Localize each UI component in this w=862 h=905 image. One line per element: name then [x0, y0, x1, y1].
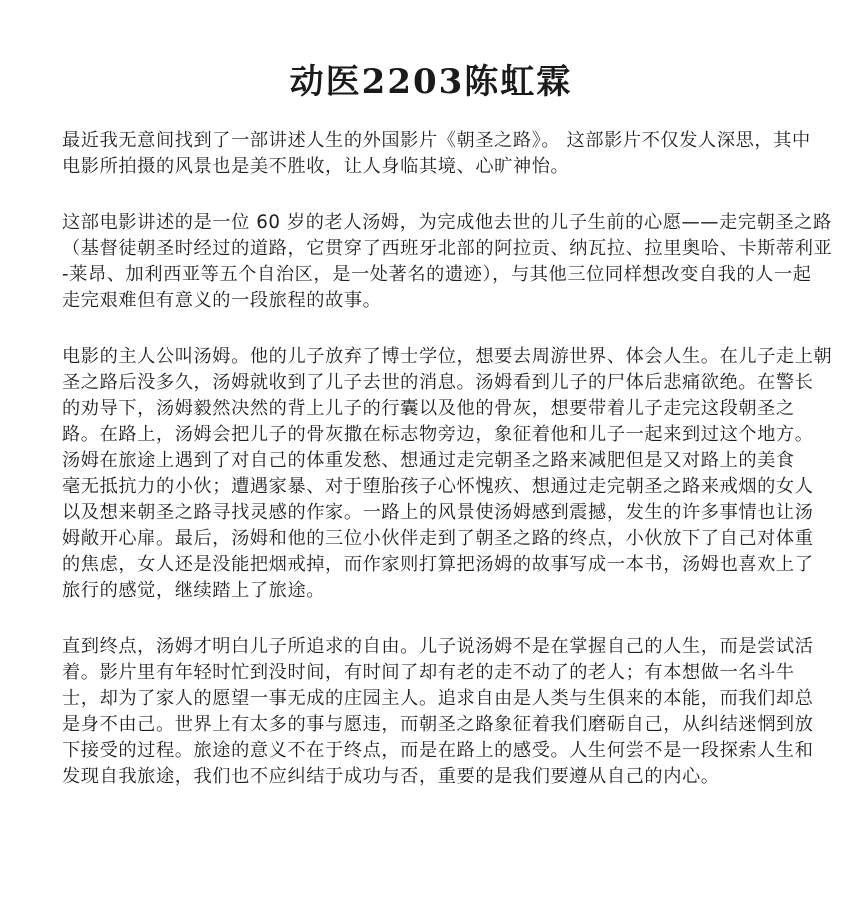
document-body: 最近我无意间找到了一部讲述人生的外国影片《朝圣之路》。 这部影片不仅发人深思，其… [62, 128, 800, 820]
text-line: 士，却为了家人的愿望一事无成的庄园主人。追求自由是人类与生俱来的本能，而我们却总 [62, 686, 800, 712]
document-title: 动医2203陈虹霖 [0, 54, 862, 103]
text-line: 发现自我旅途，我们也不应纠结于成功与否，重要的是我们要遵从自己的内心。 [62, 764, 800, 790]
text-line: 是身不由己。世界上有太多的事与愿违，而朝圣之路象征着我们磨砺自己，从纠结迷惘到放 [62, 712, 800, 738]
text-line: 毫无抵抗力的小伙；遭遇家暴、对于堕胎孩子心怀愧疚、想通过走完朝圣之路来戒烟的女人 [62, 474, 800, 500]
text-line: 路。在路上，汤姆会把儿子的骨灰撒在标志物旁边，象征着他和儿子一起来到过这个地方。 [62, 422, 800, 448]
text-line: （基督徒朝圣时经过的道路，它贯穿了西班牙北部的阿拉贡、纳瓦拉、拉里奥哈、卡斯蒂利… [62, 236, 800, 262]
paragraph-plot: 电影的主人公叫汤姆。他的儿子放弃了博士学位，想要去周游世界、体会人生。在儿子走上… [62, 344, 800, 604]
text-line: 的焦虑，女人还是没能把烟戒掉，而作家则打算把汤姆的故事写成一本书，汤姆也喜欢上了 [62, 552, 800, 578]
text-line: 旅行的感觉，继续踏上了旅途。 [62, 578, 800, 604]
text-line: 直到终点，汤姆才明白儿子所追求的自由。儿子说汤姆不是在掌握自己的人生，而是尝试活 [62, 634, 800, 660]
text-line: 最近我无意间找到了一部讲述人生的外国影片《朝圣之路》。 这部影片不仅发人深思，其… [62, 128, 800, 154]
paragraph-intro: 最近我无意间找到了一部讲述人生的外国影片《朝圣之路》。 这部影片不仅发人深思，其… [62, 128, 800, 180]
text-line: 电影的主人公叫汤姆。他的儿子放弃了博士学位，想要去周游世界、体会人生。在儿子走上… [62, 344, 800, 370]
text-line: 下接受的过程。旅途的意义不在于终点，而是在路上的感受。人生何尝不是一段探索人生和 [62, 738, 800, 764]
text-line: 姆敞开心扉。最后，汤姆和他的三位小伙伴走到了朝圣之路的终点，小伙放下了自己对体重 [62, 526, 800, 552]
paragraph-synopsis: 这部电影讲述的是一位 60 岁的老人汤姆，为完成他去世的儿子生前的心愿——走完朝… [62, 210, 800, 314]
text-line: 着。影片里有年轻时忙到没时间，有时间了却有老的走不动了的老人；有本想做一名斗牛 [62, 660, 800, 686]
text-line: 的劝导下，汤姆毅然决然的背上儿子的行囊以及他的骨灰，想要带着儿子走完这段朝圣之 [62, 396, 800, 422]
text-line: 这部电影讲述的是一位 60 岁的老人汤姆，为完成他去世的儿子生前的心愿——走完朝… [62, 210, 800, 236]
text-line: 走完艰难但有意义的一段旅程的故事。 [62, 288, 800, 314]
text-line: 圣之路后没多久，汤姆就收到了儿子去世的消息。汤姆看到儿子的尸体后悲痛欲绝。在警长 [62, 370, 800, 396]
text-line: 汤姆在旅途上遇到了对自己的体重发愁、想通过走完朝圣之路来减肥但是又对路上的美食 [62, 448, 800, 474]
paragraph-reflection: 直到终点，汤姆才明白儿子所追求的自由。儿子说汤姆不是在掌握自己的人生，而是尝试活… [62, 634, 800, 790]
text-line: 以及想来朝圣之路寻找灵感的作家。一路上的风景使汤姆感到震撼，发生的许多事情也让汤 [62, 500, 800, 526]
text-line: 电影所拍摄的风景也是美不胜收，让人身临其境、心旷神怡。 [62, 154, 800, 180]
text-line: -莱昂、加利西亚等五个自治区，是一处著名的遗迹），与其他三位同样想改变自我的人一… [62, 262, 800, 288]
